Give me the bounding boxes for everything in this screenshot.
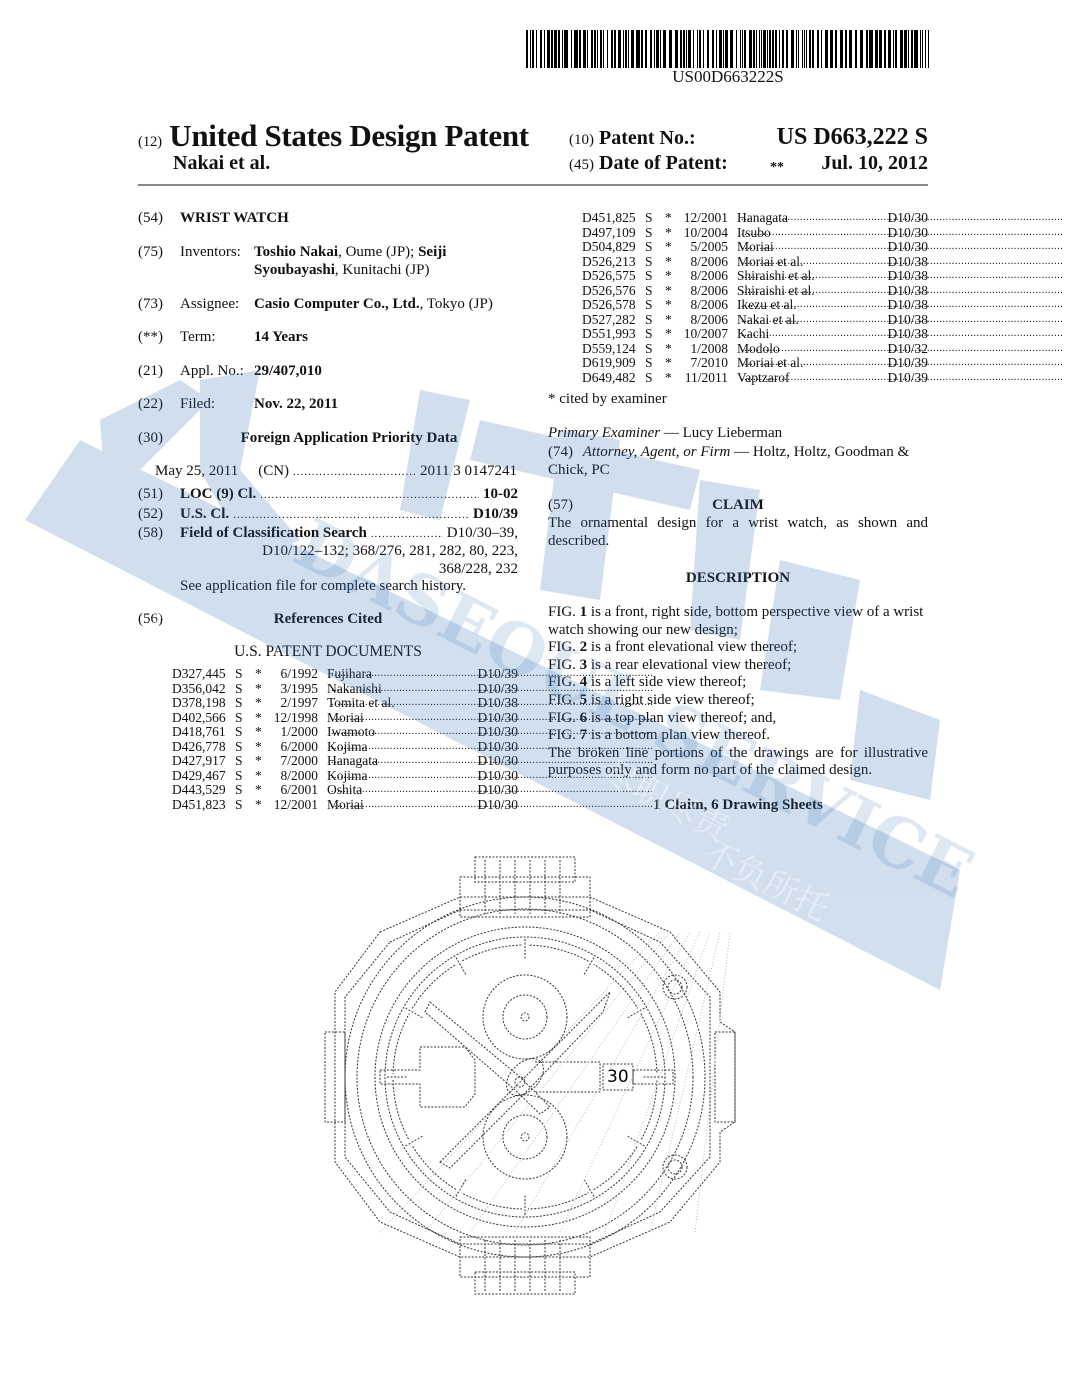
date-of-patent: Jul. 10, 2012 [780,152,928,175]
reference-kind: S [235,769,243,784]
attorney-label: Attorney, Agent, or Firm [583,444,731,460]
reference-number: D327,445 [172,667,226,682]
reference-class: D10/39 [884,371,928,386]
attorney: (74) Attorney, Agent, or Firm — Holtz, H… [548,443,928,479]
field-label: Term: [180,328,216,346]
reference-class: D10/30 [884,211,928,226]
reference-date: 6/1992 [270,667,318,682]
field-value: D10/30–39, [447,524,518,542]
field-label: LOC (9) Cl. [180,485,256,503]
cited-marker: * [255,769,262,784]
date-of-patent-label: (45) Date of Patent: [569,152,728,175]
claims-summary: 1 Claim, 6 Drawing Sheets [548,796,928,814]
reference-row: D402,566S*12/1998MoriaiD10/30 [172,711,518,726]
reference-class: D10/39 [474,667,518,682]
header-divider [138,184,928,186]
broken-line-note: The broken line portions of the drawings… [548,745,928,780]
priority-number: 2011 3 0147241 [420,462,517,480]
reference-kind: S [235,667,243,682]
reference-number: D619,909 [582,356,636,371]
inid-code: (75) [138,243,163,261]
reference-row: D356,042S*3/1995NakanishiD10/39 [172,682,518,697]
cited-marker: * [255,667,262,682]
inid-code: (73) [138,295,163,313]
reference-kind: S [235,740,243,755]
reference-row: D378,198S*2/1997Tomita et al.D10/38 [172,696,518,711]
reference-date: 5/2005 [680,240,728,255]
inid-code: (22) [138,395,163,413]
reference-kind: S [235,696,243,711]
reference-row: D526,578S*8/2006Ikezu et al.D10/38 [582,298,928,313]
reference-kind: S [645,240,653,255]
reference-date: 6/2001 [270,783,318,798]
reference-kind: S [645,255,653,270]
reference-class: D10/38 [884,327,928,342]
reference-kind: S [235,754,243,769]
reference-class: D10/30 [474,711,518,726]
reference-row: D327,445S*6/1992FujiharaD10/39 [172,667,518,682]
claim-text: The ornamental design for a wrist watch,… [548,514,928,550]
cited-by-examiner-note: * cited by examiner [548,390,667,408]
reference-kind: S [645,356,653,371]
reference-row: D527,282S*8/2006Nakai et al.D10/38 [582,313,928,328]
patent-type-title: (12) United States Design Patent [138,118,529,154]
figure-descriptions: FIG. 1 is a front, right side, bottom pe… [548,604,928,780]
cited-marker: * [665,356,672,371]
section-heading: Foreign Application Priority Data [180,429,518,447]
reference-number: D427,917 [172,754,226,769]
reference-class: D10/30 [884,226,928,241]
cited-marker: * [255,798,262,813]
reference-date: 8/2006 [680,255,728,270]
description-heading: DESCRIPTION [548,569,928,587]
reference-date: 8/2006 [680,298,728,313]
reference-class: D10/38 [884,313,928,328]
reference-row: D649,482S*11/2011VaptzarofD10/39 [582,371,928,386]
field-label: Inventors: [180,243,241,261]
inid-code: (54) [138,209,163,227]
reference-row: D551,993S*10/2007KachiD10/38 [582,327,928,342]
reference-kind: S [645,313,653,328]
cited-marker: * [255,754,262,769]
reference-kind: S [235,682,243,697]
reference-number: D356,042 [172,682,226,697]
reference-class: D10/30 [474,725,518,740]
inid-code: (56) [138,610,163,628]
reference-date: 12/2001 [270,798,318,813]
references-table-right: D451,825S*12/2001HanagataD10/30D497,109S… [582,211,928,385]
barcode [526,30,930,68]
reference-number: D559,124 [582,342,636,357]
reference-kind: S [645,284,653,299]
field-value: Nov. 22, 2011 [254,395,524,413]
search-history-note: See application file for complete search… [180,577,466,595]
inid-code: (74) [548,444,573,460]
reference-number: D526,575 [582,269,636,284]
reference-class: D10/30 [884,240,928,255]
reference-date: 3/1995 [270,682,318,697]
reference-number: D429,467 [172,769,226,784]
field-value: Casio Computer Co., Ltd., Tokyo (JP) [254,295,534,313]
title-text: United States Design Patent [169,118,529,153]
reference-row: D559,124S*1/2008ModoloD10/32 [582,342,928,357]
figure-description: FIG. 6 is a top plan view thereof; and, [548,710,928,728]
cited-marker: * [665,269,672,284]
reference-kind: S [645,226,653,241]
reference-row: D451,825S*12/2001HanagataD10/30 [582,211,928,226]
reference-number: D526,213 [582,255,636,270]
inid-code: (58) [138,524,180,542]
reference-row: D504,829S*5/2005MoriaiD10/30 [582,240,928,255]
reference-class: D10/30 [474,740,518,755]
cited-marker: * [665,255,672,270]
reference-date: 10/2004 [680,226,728,241]
reference-kind: S [645,342,653,357]
cited-marker: * [665,284,672,299]
reference-number: D402,566 [172,711,226,726]
reference-number: D451,823 [172,798,226,813]
reference-kind: S [645,269,653,284]
label-text: Date of Patent: [599,152,728,174]
cited-marker: * [665,313,672,328]
reference-number: D443,529 [172,783,226,798]
priority-date: May 25, 2011 [155,462,238,480]
reference-class: D10/38 [884,298,928,313]
figure-description: FIG. 2 is a front elevational view there… [548,639,928,657]
reference-row: D526,576S*8/2006Shiraishi et al.D10/38 [582,284,928,299]
priority-entry: May 25, 2011 (CN) 2011 3 0147241 [155,462,517,481]
invention-title: WRIST WATCH [180,209,289,227]
reference-class: D10/38 [884,269,928,284]
reference-row: D451,823S*12/2001MoriaiD10/30 [172,798,518,813]
reference-number: D649,482 [582,371,636,386]
cited-marker: * [255,725,262,740]
reference-kind: S [645,298,653,313]
patent-number-label: (10) Patent No.: [569,127,696,150]
reference-kind: S [645,371,653,386]
reference-row: D497,109S*10/2004ItsuboD10/30 [582,226,928,241]
reference-number: D504,829 [582,240,636,255]
reference-class: D10/30 [474,769,518,784]
claim-heading: CLAIM [548,496,928,514]
reference-date: 8/2006 [680,269,728,284]
inid-code: (51) [138,485,180,503]
cited-marker: * [255,711,262,726]
field-us-class: (52) U.S. Cl. D10/39 [138,505,518,524]
classification-line: D10/122–132; 368/276, 281, 282, 80, 223, [180,542,518,560]
reference-number: D451,825 [582,211,636,226]
reference-class: D10/30 [474,798,518,813]
reference-row: D619,909S*7/2010Moriai et al.D10/39 [582,356,928,371]
cited-marker: * [665,211,672,226]
barcode-text: US00D663222S [526,67,930,87]
field-label: Assignee: [180,295,239,313]
field-label: Field of Classification Search [180,524,367,542]
watch-design-drawing: 30 [320,852,740,1298]
reference-date: 8/2000 [270,769,318,784]
reference-number: D378,198 [172,696,226,711]
reference-class: D10/30 [474,754,518,769]
reference-date: 7/2010 [680,356,728,371]
reference-number: D527,282 [582,313,636,328]
field-label: Appl. No.: [180,362,244,380]
label-text: Patent No.: [599,127,696,149]
inid-code: (12) [138,134,162,150]
date-window-text: 30 [607,1067,629,1087]
cited-marker: * [665,342,672,357]
figure-description: FIG. 3 is a rear elevational view thereo… [548,657,928,675]
reference-date: 12/1998 [270,711,318,726]
reference-row: D526,213S*8/2006Moriai et al.D10/38 [582,255,928,270]
reference-date: 10/2007 [680,327,728,342]
cited-marker: * [665,327,672,342]
reference-number: D526,578 [582,298,636,313]
reference-date: 8/2006 [680,313,728,328]
inventors-short: Nakai et al. [173,152,270,175]
reference-row: D526,575S*8/2006Shiraishi et al.D10/38 [582,269,928,284]
reference-number: D551,993 [582,327,636,342]
figure-description: FIG. 5 is a right side view thereof; [548,692,928,710]
reference-number: D497,109 [582,226,636,241]
reference-kind: S [235,783,243,798]
reference-class: D10/32 [884,342,928,357]
field-value: 29/407,010 [254,362,524,380]
reference-date: 12/2001 [680,211,728,226]
priority-country: (CN) [258,462,289,480]
field-value: 14 Years [254,328,524,346]
field-label: U.S. Cl. [180,505,229,523]
reference-kind: S [235,725,243,740]
cited-marker: * [255,696,262,711]
inid-code: (30) [138,429,163,447]
reference-kind: S [645,327,653,342]
figure-description: FIG. 4 is a left side view thereof; [548,674,928,692]
reference-date: 1/2008 [680,342,728,357]
reference-class: D10/38 [884,284,928,299]
reference-kind: S [645,211,653,226]
field-value: Toshio Nakai, Oume (JP); Seiji Syoubayas… [254,243,524,279]
reference-date: 7/2000 [270,754,318,769]
reference-date: 6/2000 [270,740,318,755]
reference-class: D10/38 [474,696,518,711]
cited-marker: * [255,682,262,697]
cited-marker: * [255,740,262,755]
field-loc-class: (51) LOC (9) Cl. 10-02 [138,485,518,504]
reference-kind: S [235,711,243,726]
references-table-left: D327,445S*6/1992FujiharaD10/39D356,042S*… [172,667,518,812]
inid-code: (10) [569,132,594,148]
inid-code: (45) [569,157,594,173]
classification-line: 368/228, 232 [180,560,518,578]
inid-code: (**) [138,328,163,346]
reference-kind: S [235,798,243,813]
field-label: Filed: [180,395,215,413]
reference-date: 11/2011 [680,371,728,386]
reference-class: D10/39 [474,682,518,697]
reference-row: D443,529S*6/2001OshitaD10/30 [172,783,518,798]
reference-class: D10/39 [884,356,928,371]
field-classification-search: (58) Field of Classification Search D10/… [138,524,518,543]
reference-date: 2/1997 [270,696,318,711]
patent-number: US D663,222 S [760,124,928,151]
references-subheading: U.S. PATENT DOCUMENTS [138,643,518,661]
reference-class: D10/38 [884,255,928,270]
reference-number: D526,576 [582,284,636,299]
reference-row: D429,467S*8/2000KojimaD10/30 [172,769,518,784]
reference-number: D426,778 [172,740,226,755]
reference-number: D418,761 [172,725,226,740]
primary-examiner: Primary Examiner — Lucy Lieberman [548,424,782,442]
reference-row: D426,778S*6/2000KojimaD10/30 [172,740,518,755]
inid-code: (52) [138,505,180,523]
figure-description: FIG. 1 is a front, right side, bottom pe… [548,604,928,639]
reference-row: D418,761S*1/2000IwamotoD10/30 [172,725,518,740]
examiner-name: — Lucy Lieberman [664,425,782,441]
cited-marker: * [665,226,672,241]
field-value: 10-02 [483,485,518,503]
cited-marker: * [665,371,672,386]
cited-marker: * [665,240,672,255]
reference-date: 1/2000 [270,725,318,740]
cited-marker: * [665,298,672,313]
examiner-label: Primary Examiner [548,425,660,441]
reference-row: D427,917S*7/2000HanagataD10/30 [172,754,518,769]
cited-marker: * [255,783,262,798]
reference-class: D10/30 [474,783,518,798]
reference-date: 8/2006 [680,284,728,299]
inid-code: (21) [138,362,163,380]
section-heading: References Cited [180,610,476,628]
figure-description: FIG. 7 is a bottom plan view thereof. [548,727,928,745]
field-value: D10/39 [473,505,518,523]
